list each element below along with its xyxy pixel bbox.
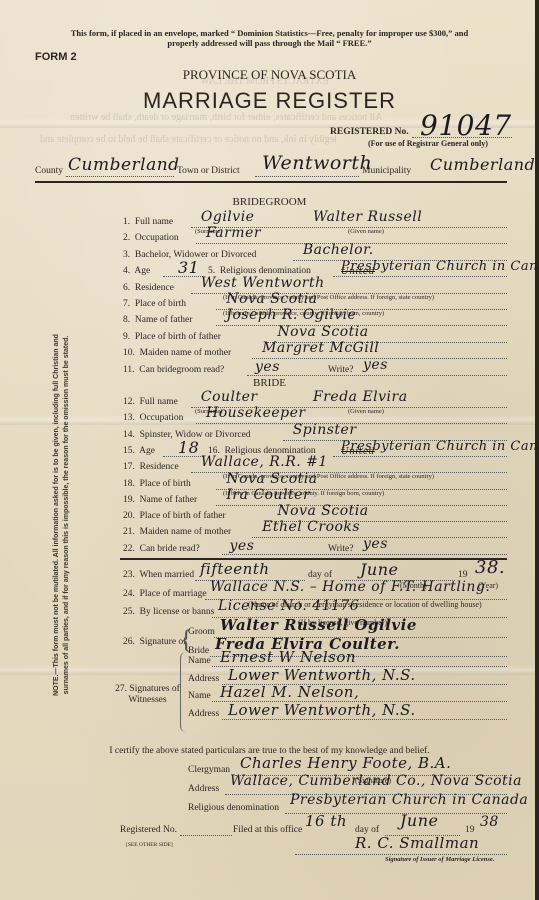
- witness-name-label: Name: [188, 691, 211, 701]
- given-name-value: Walter Russell: [313, 209, 422, 225]
- see-other-side: [SEE OTHER SIDE]: [126, 842, 173, 848]
- issuer-label: Signature of Issuer of Marriage License.: [385, 856, 494, 863]
- bottom-registered-no-label: Registered No.: [120, 825, 177, 835]
- field-value: Nova Scotia: [226, 471, 317, 487]
- field-value: Joseph R. Ogilvie: [226, 307, 356, 323]
- dotted-line: [222, 719, 507, 720]
- field-label: 1. Full name: [123, 217, 173, 227]
- field-label: 7. Place of birth: [123, 299, 186, 309]
- witness-address-value: Lower Wentworth, N.S.: [228, 666, 416, 684]
- field-value: Bachelor.: [303, 242, 374, 258]
- field-label: 4. Age: [123, 266, 150, 276]
- field-value: Margret McGill: [262, 340, 379, 356]
- filed-year-value: 38: [480, 814, 499, 830]
- field-value: yes: [230, 538, 255, 554]
- month-value: June: [360, 560, 399, 579]
- field-label: 12. Full name: [123, 397, 178, 407]
- clergyman-address-label: Address: [188, 784, 219, 794]
- registered-no-value: 91047: [420, 109, 512, 142]
- field-value: Coulter: [201, 389, 258, 405]
- license-label: 25. By license or banns: [123, 607, 214, 617]
- field-hint: (Given name): [348, 408, 384, 415]
- field-label: 6. Residence: [123, 283, 174, 293]
- field-value: Farmer: [206, 225, 261, 241]
- field-label: 8. Name of father: [123, 315, 192, 325]
- write-label: Write?: [328, 365, 353, 375]
- age-value: 31: [178, 258, 199, 277]
- groom-label: Groom: [188, 627, 215, 637]
- write-value: yes: [363, 357, 388, 373]
- field-label: 19. Name of father: [123, 495, 197, 505]
- town-label: Town or District: [177, 166, 240, 176]
- municipality-value: Cumberland: [430, 155, 535, 174]
- clergyman-address-value: Wallace, Cumberland Co., Nova Scotia: [230, 773, 522, 789]
- bleed-through-text: legibly in ink, and no notice or certifi…: [40, 134, 337, 145]
- groom-signature: Walter Russell Ogilvie: [220, 616, 417, 634]
- field-value: Ira Coulter: [226, 487, 310, 503]
- county-label: County: [35, 166, 63, 176]
- field-label: 10. Maiden name of mother: [123, 348, 231, 358]
- field-label: 18. Place of birth: [123, 479, 191, 489]
- field-value: Ethel Crooks: [262, 519, 360, 535]
- field-value: Ogilvie: [201, 209, 255, 225]
- dotted-line: [66, 176, 174, 177]
- place-of-marriage-label: 24. Place of marriage: [123, 589, 207, 599]
- given-name-value: Freda Elvira: [313, 389, 408, 405]
- brace: [180, 652, 187, 732]
- field-value: Nova Scotia: [277, 324, 368, 340]
- registered-no-label: REGISTERED No.: [330, 127, 409, 137]
- filed-day-value: 16 th: [305, 812, 347, 830]
- issuer-signature: R. C. Smallman: [355, 834, 479, 852]
- witness-address-label: Address: [188, 674, 219, 684]
- field-value: yes: [255, 359, 280, 375]
- write-value: yes: [363, 536, 388, 552]
- field-label: 13. Occupation: [123, 413, 183, 423]
- place-of-marriage-value: Wallace N.S. – Home of F.T. Hartling.: [210, 579, 490, 595]
- struck-religion-value: United: [341, 267, 375, 277]
- witness-address-value: Lower Wentworth, N.S.: [228, 701, 416, 719]
- field-label: 2. Occupation: [123, 233, 179, 243]
- when-day-value: fifteenth: [200, 560, 270, 578]
- age-value: 18: [178, 438, 199, 457]
- field-label: 15. Age: [123, 446, 155, 456]
- denomination-value: Presbyterian Church in Canada: [290, 792, 528, 808]
- witness-address-label: Address: [188, 709, 219, 719]
- mail-notice: This form, if placed in an envelope, mar…: [0, 28, 539, 48]
- dotted-line: [180, 835, 232, 836]
- form-number: FORM 2: [35, 51, 77, 63]
- field-value: Spinster: [293, 422, 357, 438]
- province-heading: PROVINCE OF NOVA SCOTIA: [0, 67, 539, 83]
- witness-name-label: Name: [188, 656, 211, 666]
- clergyman-signature: Charles Henry Foote, B.A.: [240, 754, 451, 772]
- dotted-line: [295, 854, 507, 855]
- witness-name-value: Ernest W Nelson: [220, 648, 356, 666]
- when-married-label: 23. When married: [123, 570, 194, 580]
- field-label: 20. Place of birth of father: [123, 511, 226, 521]
- bride-heading: BRIDE: [0, 377, 539, 389]
- field-label: 21. Maiden name of mother: [123, 527, 231, 537]
- field-value: Wallace, R.R. #1: [201, 454, 328, 470]
- field-value: West Wentworth: [201, 275, 325, 291]
- witnesses-label: 27. Signatures of Witnesses: [110, 684, 185, 706]
- field-label: 17. Residence: [123, 462, 179, 472]
- write-label: Write?: [328, 544, 353, 554]
- dotted-line: [358, 554, 507, 555]
- section-rule: [35, 181, 507, 183]
- struck-religion-value: United: [341, 447, 375, 457]
- field-value: Nova Scotia: [226, 291, 317, 307]
- town-value: Wentworth: [262, 152, 372, 174]
- dotted-line: [255, 176, 359, 177]
- field-label: 9. Place of birth of father: [123, 332, 221, 342]
- bride-label: Bride: [188, 646, 209, 656]
- registrar-note: (For use of Registrar General only): [368, 139, 488, 148]
- section-rule: [120, 558, 507, 560]
- witness-name-value: Hazel M. Nelson,: [220, 683, 359, 701]
- field-hint: (Given name): [348, 228, 384, 235]
- denomination-label: Religious denomination: [188, 803, 279, 813]
- signature-of-label: 26. Signature of: [123, 637, 186, 647]
- field-label: 11. Can bridegroom read?: [123, 365, 224, 375]
- clergyman-label: Clergyman: [188, 765, 230, 775]
- dotted-line: [358, 375, 507, 376]
- bridegroom-heading: BRIDEGROOM: [0, 196, 539, 208]
- license-value: License No. 41176: [218, 598, 359, 614]
- filed-month-value: June: [400, 811, 439, 830]
- county-value: Cumberland: [68, 155, 180, 175]
- field-value: Nova Scotia: [277, 503, 368, 519]
- field-label: 22. Can bride read?: [123, 544, 200, 554]
- municipality-label: Municipality: [362, 166, 411, 176]
- filed-label: Filed at this office: [233, 825, 302, 835]
- year-value: 38.: [475, 557, 505, 578]
- field-value: Housekeeper: [206, 405, 306, 421]
